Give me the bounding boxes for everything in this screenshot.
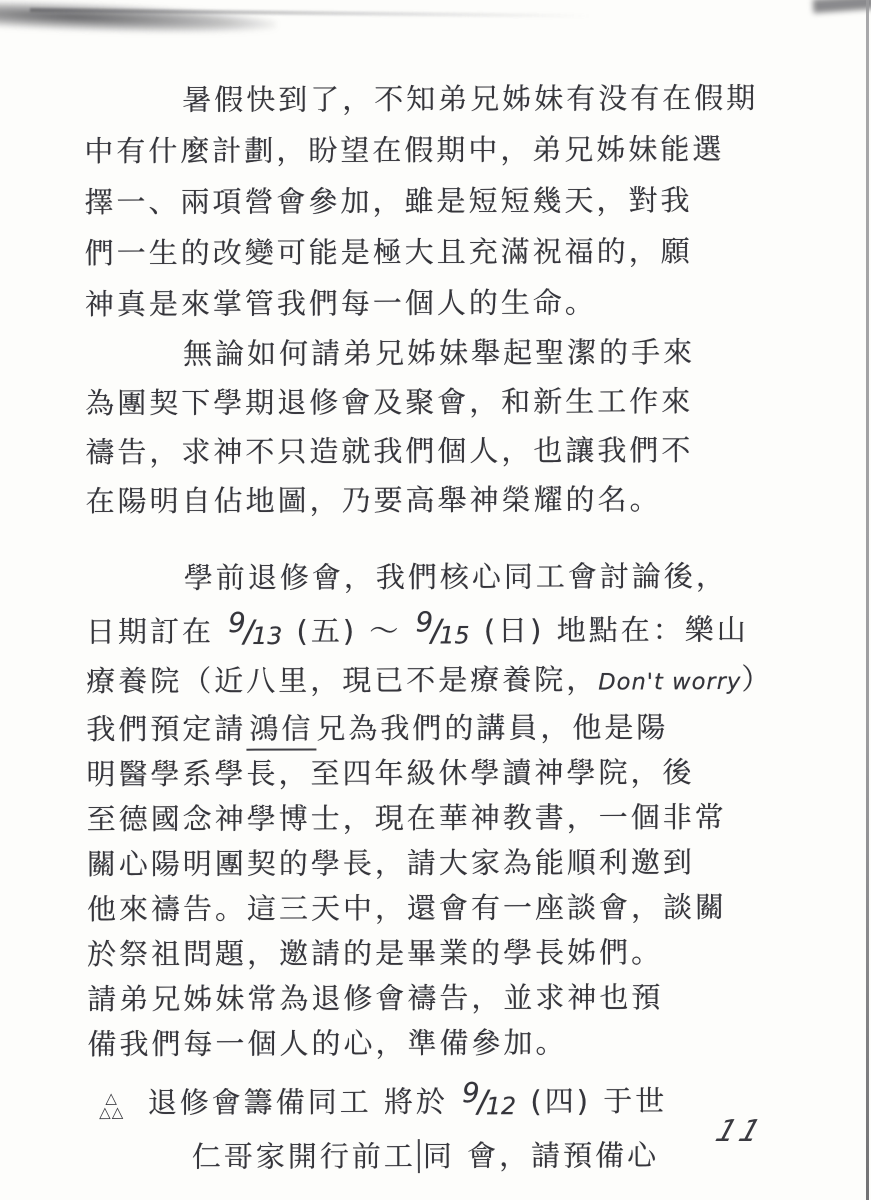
transposed-character: 同 [418,1139,455,1173]
text-segment: 仁哥家開行前工 [192,1139,416,1174]
date-fraction-retreat-end: 9/15 [414,614,472,648]
text-line: 學前退修會，我們核心同工會討論後， [86,554,802,601]
text-line: 至德國念神學博士，現在華神教書，一個非常 [87,795,803,842]
footnote-line-2: 仁哥家開行前工同 會，請預備心 [88,1130,804,1182]
date-denominator: 13 [252,622,282,650]
date-denominator: 12 [486,1092,516,1120]
text-line: 明醫學系學長，至四年級休學讀神學院，後 [86,750,802,797]
letter-body: 暑假快到了，不知弟兄姊妹有没有在假期 中有什麼計劃，盼望在假期中，弟兄姊妹能選 … [84,73,804,1183]
paragraph-summer-camps: 暑假快到了，不知弟兄姊妹有没有在假期 中有什麼計劃，盼望在假期中，弟兄姊妹能選 … [84,73,801,330]
text-line: 關心陽明團契的學長，請大家為能順利邀到 [87,840,803,887]
scan-smudge-top-left [0,0,276,37]
text-line: 暑假快到了，不知弟兄姊妹有没有在假期 [84,73,800,126]
text-line: 擇一、兩項營會參加，雖是短短幾天，對我 [84,175,800,228]
text-segment: (日) 地點在：樂山 [472,613,749,648]
text-line: 備我們每一個人的心，準備參加。 [87,1020,803,1067]
text-line: 為團契下學期退修會及聚會，和新生工作來 [85,377,801,428]
text-line: 於祭祖問題，邀請的是畢業的學長姊們。 [87,930,803,977]
scanned-letter-page: 暑假快到了，不知弟兄姊妹有没有在假期 中有什麼計劃，盼望在假期中，弟兄姊妹能選 … [0,0,871,1200]
text-line: 神真是來掌管我們每一個人的生命。 [85,277,801,330]
date-fraction-retreat-start: 9/13 [226,614,284,648]
text-segment: 日期訂在 [86,614,226,648]
text-line: 在陽明自佔地圖，乃要高舉神榮耀的名。 [85,475,801,526]
date-fraction-prep-meeting: 9/12 [460,1084,518,1118]
text-segment: 我們預定請 [86,712,246,747]
text-segment: (五) ～ [284,614,413,648]
english-aside: Don't worry [598,669,741,695]
text-segment: (四) 于世 [518,1084,667,1119]
text-line-retreat-dates: 日期訂在 9/13 (五) ～ 9/15 (日) 地點在：樂山 [86,599,802,660]
text-line: 無論如何請弟兄姊妹舉起聖潔的手來 [85,328,801,379]
text-line: 們一生的改變可能是極大且充滿祝福的，願 [85,226,801,279]
text-segment: 療養院（近八里，現已不是療養院， [86,662,598,698]
text-line: 他來禱告。這三天中，還會有一座談會，談關 [87,885,803,932]
scan-shadow-top-edge [30,8,590,18]
footnote-prep-meeting: △△△退修會籌備同工 將於 9/12 (四) 于世 仁哥家開行前工同 會，請預備… [88,1067,804,1183]
text-line-location: 療養院（近八里，現已不是療養院，Don't worry） [86,657,802,707]
text-line-speaker: 我們預定請鴻信兄為我們的講員，他是陽 [86,705,802,752]
paragraph-retreat-details: 學前退修會，我們核心同工會討論後， 日期訂在 9/13 (五) ～ 9/15 (… [86,554,804,1068]
scan-line-right-edge [866,0,869,1200]
text-line: 請弟兄姊妹常為退修會禱告，並求神也預 [87,975,803,1022]
underlined-speaker-name: 鴻信 [246,711,316,750]
text-segment: ） [741,662,773,696]
text-segment: 退修會籌備同工 將於 [148,1085,461,1120]
date-denominator: 15 [439,621,469,649]
footnote-line-1: △△△退修會籌備同工 將於 9/12 (四) 于世 [88,1067,804,1133]
text-line: 禱告，求神不只造就我們個人，也讓我們不 [85,426,801,477]
text-segment: 會，請預備心 [455,1138,659,1173]
triangle-row: △△ [88,1105,136,1119]
scan-mark-top-right [813,0,871,13]
paragraph-prayer-request: 無論如何請弟兄姊妹舉起聖潔的手來 為團契下學期退修會及聚會，和新生工作來 禱告，… [85,328,802,526]
text-segment: 兄為我們的講員，他是陽 [316,710,668,745]
triangles-icon: △△△ [88,1091,136,1119]
text-line: 中有什麼計劃，盼望在假期中，弟兄姊妹能選 [84,124,800,177]
